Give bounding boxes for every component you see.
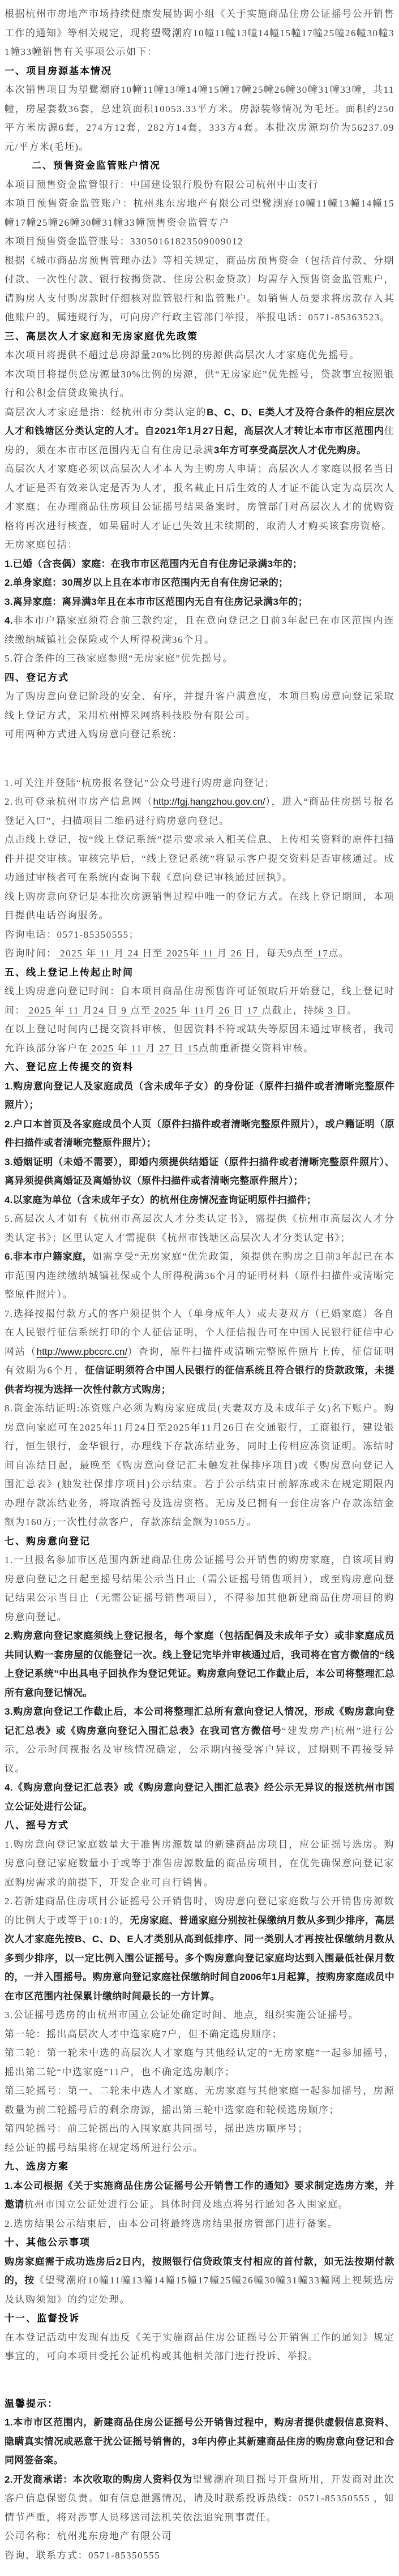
text-run: 第四轮摇号：前三轮摇出的入围家庭共同摇号，摇出选房顺序号； xyxy=(5,2123,308,2134)
text-run: 24 xyxy=(93,1005,108,1016)
paragraph: 为了购房意向登记阶段的安全、有序，并提升客户满意度，本项目购房意向登记采取线上登… xyxy=(5,687,394,725)
text-run: 9 xyxy=(118,1005,131,1016)
text-run: 5.高层次人才如有《杭州市高层次人才分类认定书》，需提供《杭州市高层次人才分类认… xyxy=(5,1213,394,1243)
section-heading: 五、线上登记上传起止时间 xyxy=(5,963,394,982)
paragraph: 1.本公司根据《关于实施商品住房公证摇号公开销售工作的通知》要求制定选房方案，并… xyxy=(5,2176,394,2214)
paragraph: 第四轮摇号：前三轮摇出的入围家庭共同摇号，摇出选房顺序号； xyxy=(5,2119,394,2139)
paragraph: 7.选择按揭付款方式的客户须提供个人（单身成年人）或夫妻双方（已婚家庭）各自在人… xyxy=(5,1304,394,1399)
paragraph: 购房家庭需于成功选房后2日内，按照银行信贷政策支付相应的首付款，如无法按期付款的… xyxy=(5,2252,394,2309)
paragraph: 1.已婚（含丧偶）家庭：在我市市区范围内无自有住房记录满3年的； xyxy=(5,555,394,574)
heading-text: 八、摇号方式 xyxy=(5,1820,69,1831)
spacer xyxy=(5,2366,394,2394)
text-run: 1.可关注并登陆“杭房报名登记”公众号进行购房意向登记； xyxy=(5,778,275,788)
text-run: 日。 xyxy=(337,1005,358,1016)
sales-announcement-document: 根据杭州市房地产市场持续健康发展协调小组《关于实施商品住房公证摇号公开销售工作的… xyxy=(0,0,399,2576)
text-run: 本项目预售资金监管账号：33050161823509009012 xyxy=(5,236,243,247)
paragraph: 本次项目将提供不超过总房源量20%比例的房源供高层次人才家庭优先摇号。 xyxy=(5,346,394,365)
text-run: 高层次人才家庭是指：经杭州市分类认定的 xyxy=(5,407,207,418)
text-run: 杭州市国立公证处进行公证。具体时间及地点将另行通知各入围家庭。 xyxy=(24,2199,349,2210)
section-heading: 二、预售资金监管账户情况 xyxy=(5,156,394,175)
paragraph: 5.符合条件的三孩家庭参照“无房家庭”优先摇号。 xyxy=(5,649,394,668)
text-run: 日 xyxy=(174,1043,185,1054)
paragraph: 5.高层次人才如有《杭州市高层次人才分类认定书》，需提供《杭州市高层次人才分类认… xyxy=(5,1209,394,1247)
paragraph: 8.资金冻结证明:冻资账户必须为购房家庭成员(夫妻双方及未成年子女)名下账户。购… xyxy=(5,1399,394,1532)
paragraph: 4.以家庭为单位（含未成年子女）的杭州住房情况查询证明原件扫描件； xyxy=(5,1191,394,1210)
paragraph: 3.购房意向登记工作截止后，本公司将整理汇总所有意向登记人情况，形成《购房意向登… xyxy=(5,1702,394,1778)
text-run: 可用两种方式进入购房意向登记系统： xyxy=(5,729,183,740)
text-run: 月 xyxy=(205,1005,216,1016)
paragraph: 公司名称：杭州兆东房地产有限公司 xyxy=(5,2527,394,2546)
paragraph: 2.户口本首页及各家庭成员个人页（原件扫描件或者清晰完整原件照片），或户籍证明（… xyxy=(5,1115,394,1153)
text-run: 咨询时间： xyxy=(5,948,57,959)
text-run: 2025 xyxy=(25,1005,55,1016)
text-run: 根据《城市商品房预售管理办法》等相关规定，商品房预售资金（包括首付款、分期付款、… xyxy=(5,255,394,323)
text-run: 为了购房意向登记阶段的安全、有序，并提升客户满意度，本项目购房意向登记采取线上登… xyxy=(5,691,394,721)
text-run: 4.《购房意向登记汇总表》或《购房意向登记入围汇总表》经公示无异议的报送杭州市国… xyxy=(5,1782,394,1812)
heading-text: 十、其他公示事项 xyxy=(5,2237,91,2248)
text-run: 1.购房意向登记人及家庭成员（含未成年子女）的身份证（原件扫描件或者清晰完整原件… xyxy=(5,1081,394,1111)
text-run: 本次项目将提供不超过总房源量20%比例的房源供高层次人才家庭优先摇号。 xyxy=(5,350,360,360)
text-run: 本项目预售资金监管账户：杭州兆东房地产有限公司望鹭潮府10幢11幢13幢14幢1… xyxy=(5,198,394,228)
text-run: 第二轮：第一轮未中选的高层次人才家庭与其他经认定的“无房家庭”一起参加摇号，摇出… xyxy=(5,2047,394,2077)
section-heading: 温馨提示： xyxy=(5,2394,394,2414)
paragraph: 高层次人才家庭是指：经杭州市分类认定的B、C、D、E类人才及符合条件的相应层次人… xyxy=(5,403,394,460)
text-run: 3.离异家庭：离异满3年且在本市市区范围内无自有住房记录满3年的； xyxy=(5,596,308,607)
url-link[interactable]: http://www.pbccrc.cn/ xyxy=(37,1346,128,1357)
text-run: 2.户口本首页及各家庭成员个人页（原件扫描件或者清晰完整原件照片），或户籍证明（… xyxy=(5,1119,394,1149)
text-run: 11 xyxy=(97,948,114,959)
text-run: 日 xyxy=(233,1005,244,1016)
text-run: 日，每天9点至 xyxy=(246,948,314,959)
text-run: 点截止，持续 xyxy=(261,1005,324,1016)
text-run: 1.一旦报名参加市区范围内新建商品住房公证摇号公开销售的购房家庭，自该项目购房意… xyxy=(5,1555,394,1622)
section-heading: 四、登记方式 xyxy=(5,668,394,688)
paragraph: 2.购房意向登记家庭须线上登记报名，每个家庭（包括配偶及未成年子女）或非家庭成员… xyxy=(5,1626,394,1702)
text-run: 3.公证摇号选房的由杭州市国立公证处确定时间、地点，组织实施公证摇号。 xyxy=(5,2010,359,2020)
text-run: 2.也可登录杭州市房产信息网（ xyxy=(5,796,153,807)
section-heading: 九、选房方案 xyxy=(5,2157,394,2176)
text-run: 11 xyxy=(65,1005,83,1016)
paragraph: 1.本市市区范围内，新建商品住房公证摇号公开销售过程中，购房者提供虚假信息资料、… xyxy=(5,2413,394,2470)
text-run: 月 xyxy=(114,948,125,959)
text-run: 2.单身家庭：30周岁以上且在本市市区范围内无自有住房记录的； xyxy=(5,577,288,588)
text-run: 2.选房结果公示结束后，由本公司将最终选房结果报房管部门进行备案。 xyxy=(5,2218,338,2229)
text-run: 2025 xyxy=(151,1005,181,1016)
paragraph: 在以上登记时间内已提交资料审核，但因资料不符或缺失等原因未通过审核者，我司允许该… xyxy=(5,1020,394,1058)
paragraph: 线上购房意向登记时间：自本项目商品住房预售许可证领取后开始登记，线上登记时间： … xyxy=(5,982,394,1020)
heading-text: 一、项目房源基本情况 xyxy=(5,66,112,76)
text-run: 年 xyxy=(55,1005,66,1016)
heading-text: 三、高层次人才家庭和无房家庭优先政策 xyxy=(5,331,198,342)
text-run: 2.开发商承诺：本次收取的购房人资料仅为 xyxy=(5,2474,192,2485)
text-run: 月 xyxy=(217,948,228,959)
text-run: 2025 xyxy=(57,948,87,959)
text-run: 17 xyxy=(314,948,329,959)
text-run: 本项目预售资金监管银行：中国建设银行股份有限公司杭州中山支行 xyxy=(5,179,319,190)
text-run: 日至 xyxy=(142,948,163,959)
paragraph: 3.公证摇号选房的由杭州市国立公证处确定时间、地点，组织实施公证摇号。 xyxy=(5,2006,394,2025)
text-run: 《望鹭潮府10幢11幢13幢14幢15幢17幢25幢26幢30幢31幢33幢网上… xyxy=(5,2275,394,2305)
text-run: 3.婚姻证明（未婚不需要），即婚内须提供结婚证（原件扫描件或者清晰完整原件照片）… xyxy=(5,1157,394,1187)
section-heading: 三、高层次人才家庭和无房家庭优先政策 xyxy=(5,327,394,346)
paragraph: 咨询电话：0571-85350555； xyxy=(5,925,394,944)
text-run: 月 xyxy=(145,1043,156,1054)
text-run: 8.资金冻结证明:冻资账户必须为购房家庭成员(夫妻双方及未成年子女)名下账户。购… xyxy=(5,1403,394,1527)
section-heading: 八、摇号方式 xyxy=(5,1816,394,1835)
spacer xyxy=(5,744,394,774)
text-run: 11 xyxy=(191,1005,205,1016)
text-run: 咨询电话：0571-85350555； xyxy=(5,929,139,940)
text-run: 根据杭州市房地产市场持续健康发展协调小组《关于实施商品住房公证摇号公开销售工作的… xyxy=(5,8,394,57)
paragraph: 根据杭州市房地产市场持续健康发展协调小组《关于实施商品住房公证摇号公开销售工作的… xyxy=(5,5,394,62)
paragraph: 本项目预售资金监管银行：中国建设银行股份有限公司杭州中山支行 xyxy=(5,175,394,195)
paragraph: 点击线上登记，按“线上登记系统”提示要求录入相关信息、上传相关资料的原件扫描件并… xyxy=(5,830,394,887)
text-run: 24 xyxy=(125,948,143,959)
paragraph: 3.婚姻证明（未婚不需要），即婚内须提供结婚证（原件扫描件或者清晰完整原件照片）… xyxy=(5,1153,394,1191)
section-heading: 六、登记应上传提交的资料 xyxy=(5,1058,394,1077)
text-run: 26 xyxy=(228,948,246,959)
paragraph: 第一轮：摇出高层次人才中选家庭7户，但不确定选房顺序； xyxy=(5,2025,394,2044)
heading-text: 四、登记方式 xyxy=(5,672,69,683)
paragraph: 本次项目将提供总房源量30%比例的房源，供“无房家庭”优先摇号，贷款事宜按照银行… xyxy=(5,365,394,403)
text-run: 经公证的摇号结果将在规定场所进行公示。 xyxy=(5,2143,204,2153)
text-run: 年 xyxy=(189,948,200,959)
heading-text: 温馨提示： xyxy=(5,2398,58,2409)
heading-text: 五、线上登记上传起止时间 xyxy=(5,967,134,978)
paragraph: 根据《城市商品房预售管理办法》等相关规定，商品房预售资金（包括首付款、分期付款、… xyxy=(5,251,394,327)
text-run: 11 xyxy=(200,948,217,959)
text-run: 线上购房意向登记是本批次房源销售过程中唯一的登记方式。在线上登记期间，本项目提供… xyxy=(5,891,394,921)
text-run: 年 xyxy=(86,948,97,959)
paragraph: 可用两种方式进入购房意向登记系统： xyxy=(5,725,394,744)
paragraph: 无房家庭包括： xyxy=(5,535,394,555)
url-link[interactable]: http://fgj.hangzhou.gov.cn/ xyxy=(153,796,265,807)
paragraph: 2.单身家庭：30周岁以上且在本市市区范围内无自有住房记录的； xyxy=(5,573,394,593)
text-run: 无房家庭包括： xyxy=(5,539,78,550)
text-run: 无房家庭、普通家庭分别按社保缴纳月数从多到少排序，高层次人才家庭先按B、C、D、… xyxy=(5,1915,394,2002)
heading-text: 十一、监督投诉 xyxy=(5,2313,80,2324)
text-run: 27 xyxy=(156,1043,174,1054)
text-run: 点至 xyxy=(130,1005,151,1016)
text-run: 6.非本市户籍家庭， xyxy=(5,1251,92,1262)
section-heading: 七、购房意向登记 xyxy=(5,1532,394,1551)
heading-text: 七、购房意向登记 xyxy=(5,1536,91,1547)
paragraph: 1.购房意向登记家庭数量大于准售房源数量的新建商品房项目，应公证摇号选房。购房意… xyxy=(5,1835,394,1892)
heading-text: 二、预售资金监管账户情况 xyxy=(32,160,161,171)
text-run: 点。 xyxy=(328,948,349,959)
paragraph: 经公证的摇号结果将在规定场所进行公示。 xyxy=(5,2139,394,2158)
text-run: 4.以家庭为单位（含未成年子女）的杭州住房情况查询证明原件扫描件； xyxy=(5,1195,316,1205)
paragraph: 第二轮：第一轮未中选的高层次人才家庭与其他经认定的“无房家庭”一起参加摇号，摇出… xyxy=(5,2043,394,2081)
paragraph: 2.若新建商品住房项目公证摇号公开销售时，购房意向登记家庭数与公开销售房源数的比… xyxy=(5,1892,394,2006)
text-run: 年 xyxy=(181,1005,191,1016)
text-run: 第一轮：摇出高层次人才中选家庭7户，但不确定选房顺序； xyxy=(5,2029,282,2040)
heading-text: 六、登记应上传提交的资料 xyxy=(5,1062,134,1072)
text-run: 高层次人才家庭必须以高层次人才本人为主购房人申请；高层次人才家庭以报名当日人才证… xyxy=(5,463,394,531)
text-run: 点击线上登记，按“线上登记系统”提示要求录入相关信息、上传相关资料的原件扫描件并… xyxy=(5,834,394,883)
text-run: 1.已婚（含丧偶）家庭：在我市市区范围内无自有住房记录满3年的； xyxy=(5,559,302,569)
text-run: 公司名称：杭州兆东房地产有限公司 xyxy=(5,2531,172,2541)
text-run: 1.本市市区范围内，新建商品住房公证摇号公开销售过程中，购房者提供虚假信息资料、… xyxy=(5,2417,394,2466)
text-run: 5.符合条件的三孩家庭参照“无房家庭”优先摇号。 xyxy=(5,653,233,664)
paragraph: 本项目预售资金监管账号：33050161823509009012 xyxy=(5,232,394,251)
paragraph: 第三轮摇号：第一、二轮未中选人才家庭、无房家庭与其他家庭一起参加摇号，房源数量为… xyxy=(5,2081,394,2119)
text-run: 在本登记活动中发现有违反《关于实施商品住房公证摇号公开销售工作的通知》规定事宜的… xyxy=(5,2332,394,2362)
paragraph: 高层次人才家庭必须以高层次人才本人为主购房人申请；高层次人才家庭以报名当日人才证… xyxy=(5,460,394,535)
paragraph: 4.非本市户籍家庭须符合前三款约定，且在意向登记之日前3年起已在市区范围内连续缴… xyxy=(5,611,394,649)
text-run: 1.购房意向登记家庭数量大于准售房源数量的新建商品房项目，应公证摇号选房。购房意… xyxy=(5,1839,394,1888)
text-run: 咨询、联系方式：0571-85350555 xyxy=(5,2550,160,2561)
paragraph: 1.购房意向登记人及家庭成员（含未成年子女）的身份证（原件扫描件或者清晰完整原件… xyxy=(5,1077,394,1115)
text-run: 本次项目将提供总房源量30%比例的房源，供“无房家庭”优先摇号，贷款事宜按照银行… xyxy=(5,369,394,399)
text-run: 本次销售项目为望鹭潮府10幢11幢13幢14幢15幢17幢25幢26幢30幢31… xyxy=(5,84,394,152)
text-run: 2.购房意向登记家庭须线上登记报名，每个家庭（包括配偶及未成年子女）或非家庭成员… xyxy=(5,1630,394,1698)
heading-text: 九、选房方案 xyxy=(5,2161,69,2172)
paragraph: 2.也可登录杭州市房产信息网（http://fgj.hangzhou.gov.c… xyxy=(5,792,394,830)
paragraph: 咨询时间： 2025 年 11 月 24 日至 2025年 11 月 26 日，… xyxy=(5,944,394,963)
text-run: 月 xyxy=(83,1005,93,1016)
text-run: 4. xyxy=(5,615,13,626)
paragraph: 线上购房意向登记是本批次房源销售过程中唯一的登记方式。在线上登记期间，本项目提供… xyxy=(5,887,394,925)
text-run: 点前重新提交资料审核。 xyxy=(199,1043,314,1054)
text-run: 年 xyxy=(118,1043,128,1054)
text-run: 3 xyxy=(324,1005,337,1016)
text-run: 26 xyxy=(216,1005,234,1016)
section-heading: 十、其他公示事项 xyxy=(5,2233,394,2252)
paragraph: 本项目预售资金监管账户：杭州兆东房地产有限公司望鹭潮府10幢11幢13幢14幢1… xyxy=(5,194,394,232)
paragraph: 咨询、联系方式：0571-85350555 xyxy=(5,2546,394,2565)
paragraph: 2.选房结果公示结束后，由本公司将最终选房结果报房管部门进行备案。 xyxy=(5,2214,394,2234)
paragraph: 6.非本市户籍家庭，如需享受“无房家庭”优先政策，须提供在购房之日前3年起已在本… xyxy=(5,1247,394,1304)
text-run: 2025 xyxy=(163,948,189,959)
paragraph: 在本登记活动中发现有违反《关于实施商品住房公证摇号公开销售工作的通知》规定事宜的… xyxy=(5,2328,394,2366)
text-run: 第三轮摇号：第一、二轮未中选人才家庭、无房家庭与其他家庭一起参加摇号，房源数量为… xyxy=(5,2085,394,2115)
section-heading: 一、项目房源基本情况 xyxy=(5,62,394,81)
paragraph: 3.离异家庭：离异满3年且在本市市区范围内无自有住房记录满3年的； xyxy=(5,593,394,612)
text-run: 2025 xyxy=(88,1043,118,1054)
paragraph: 4.《购房意向登记汇总表》或《购房意向登记入围汇总表》经公示无异议的报送杭州市国… xyxy=(5,1778,394,1816)
text-run: 11 xyxy=(128,1043,145,1054)
text-run: 日 xyxy=(108,1005,118,1016)
section-heading: 十一、监督投诉 xyxy=(5,2309,394,2328)
text-run: 3年方可享受高层次人才优先购房。 xyxy=(214,445,366,456)
paragraph: 1.可关注并登陆“杭房报名登记”公众号进行购房意向登记； xyxy=(5,774,394,793)
paragraph: 2.开发商承诺：本次收取的购房人资料仅为望鹭潮府项目摇号开盘所用，开发商对此次客… xyxy=(5,2470,394,2527)
paragraph: 1.一旦报名参加市区范围内新建商品住房公证摇号公开销售的购房家庭，自该项目购房意… xyxy=(5,1551,394,1626)
paragraph: 本次销售项目为望鹭潮府10幢11幢13幢14幢15幢17幢25幢26幢30幢31… xyxy=(5,80,394,156)
text-run: 17 xyxy=(244,1005,262,1016)
text-run: 非本市户籍家庭须符合前三款约定，且在意向登记之日前3年起已在市区范围内连续缴纳城… xyxy=(5,615,394,645)
text-run: 15 xyxy=(184,1043,199,1054)
